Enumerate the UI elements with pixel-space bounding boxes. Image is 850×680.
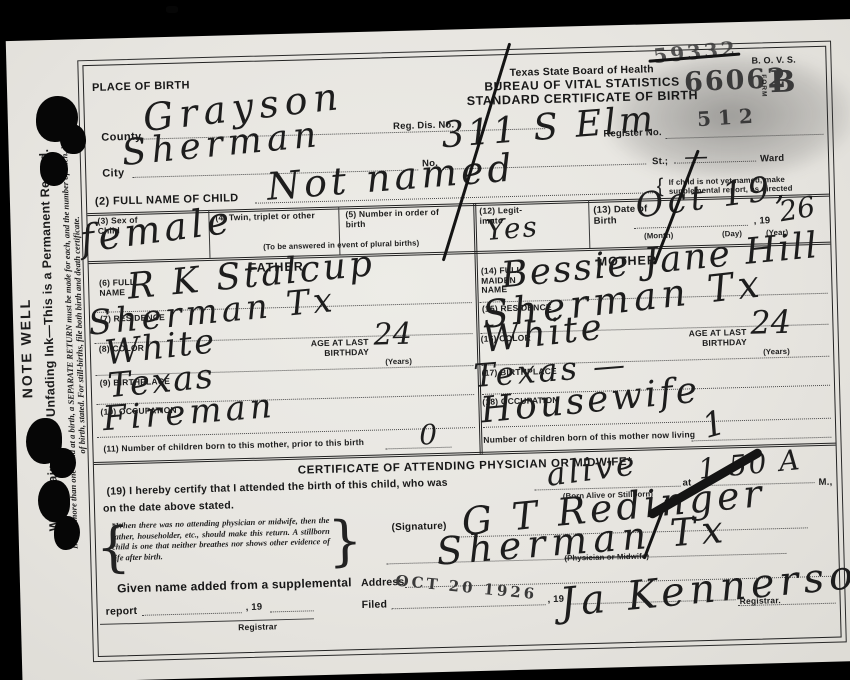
filed-label: Filed (361, 598, 387, 611)
city-label: City (102, 167, 125, 180)
dob-fill-line (634, 225, 748, 229)
father-age-value: 24 (373, 320, 412, 351)
mother-age-label: AGE AT LAST BIRTHDAY (679, 328, 747, 349)
mother-years-label: (Years) (763, 347, 790, 357)
registrar-signature-value: Ja Kennerson (558, 552, 850, 623)
m-label: M., (818, 478, 832, 489)
father-age-label: AGE AT LAST BIRTHDAY (301, 338, 369, 359)
mother-age-value: 24 (750, 306, 792, 339)
report-19: , 19 (246, 603, 263, 614)
legitimate-value: Yes (485, 213, 540, 245)
form-letter-b: B (770, 68, 796, 99)
register-number-stamp: 512 (696, 105, 760, 129)
certificate-frame: PLACE OF BIRTH Texas State Board of Heal… (82, 46, 841, 657)
stillborn-footnote: *When there was no attending physician o… (111, 516, 330, 564)
scanned-birth-certificate: PLACE OF BIRTH Texas State Board of Heal… (0, 0, 850, 680)
note-well-margin-text: NOTE WELL (17, 298, 36, 399)
footnote-brace-right: } (327, 509, 363, 573)
header-agency-block: Texas State Board of Health BUREAU OF VI… (444, 62, 721, 109)
supplemental-text: Given name added from a supplemental (117, 575, 352, 595)
ink-mark (166, 6, 178, 13)
grid-divider-3 (588, 200, 590, 248)
father-years-label: (Years) (385, 357, 412, 367)
report-label: report (106, 605, 138, 618)
report-fill-line (142, 612, 242, 616)
sex-value: female (78, 200, 236, 258)
report-year-fill-line (270, 610, 314, 612)
birth-order-label: (5) Number in order of birth (345, 207, 457, 229)
printed-19: , 19 (754, 216, 771, 227)
ward-label: Ward (760, 154, 784, 165)
children-living-label: Number of children born of this mother n… (483, 430, 695, 445)
children-prior-label: (11) Number of children born to this mot… (103, 438, 364, 454)
birth-year-value: 26 (777, 193, 817, 226)
registrar-left-line (100, 618, 314, 625)
st-label: St.; (652, 157, 668, 168)
ink-blot (60, 124, 86, 154)
children-living-value: 1 (699, 406, 729, 445)
ink-blot (40, 152, 68, 186)
certificate-paper: PLACE OF BIRTH Texas State Board of Heal… (6, 19, 850, 680)
filed-date-stamp: OCT 20 1926 (395, 574, 538, 603)
filed-fill-line (392, 604, 546, 609)
form-label: FORM (760, 74, 768, 97)
registrar-left-label: Registrar (238, 622, 277, 633)
date-stated-text: on the date above stated. (103, 499, 234, 514)
children-prior-value: 0 (419, 421, 438, 449)
